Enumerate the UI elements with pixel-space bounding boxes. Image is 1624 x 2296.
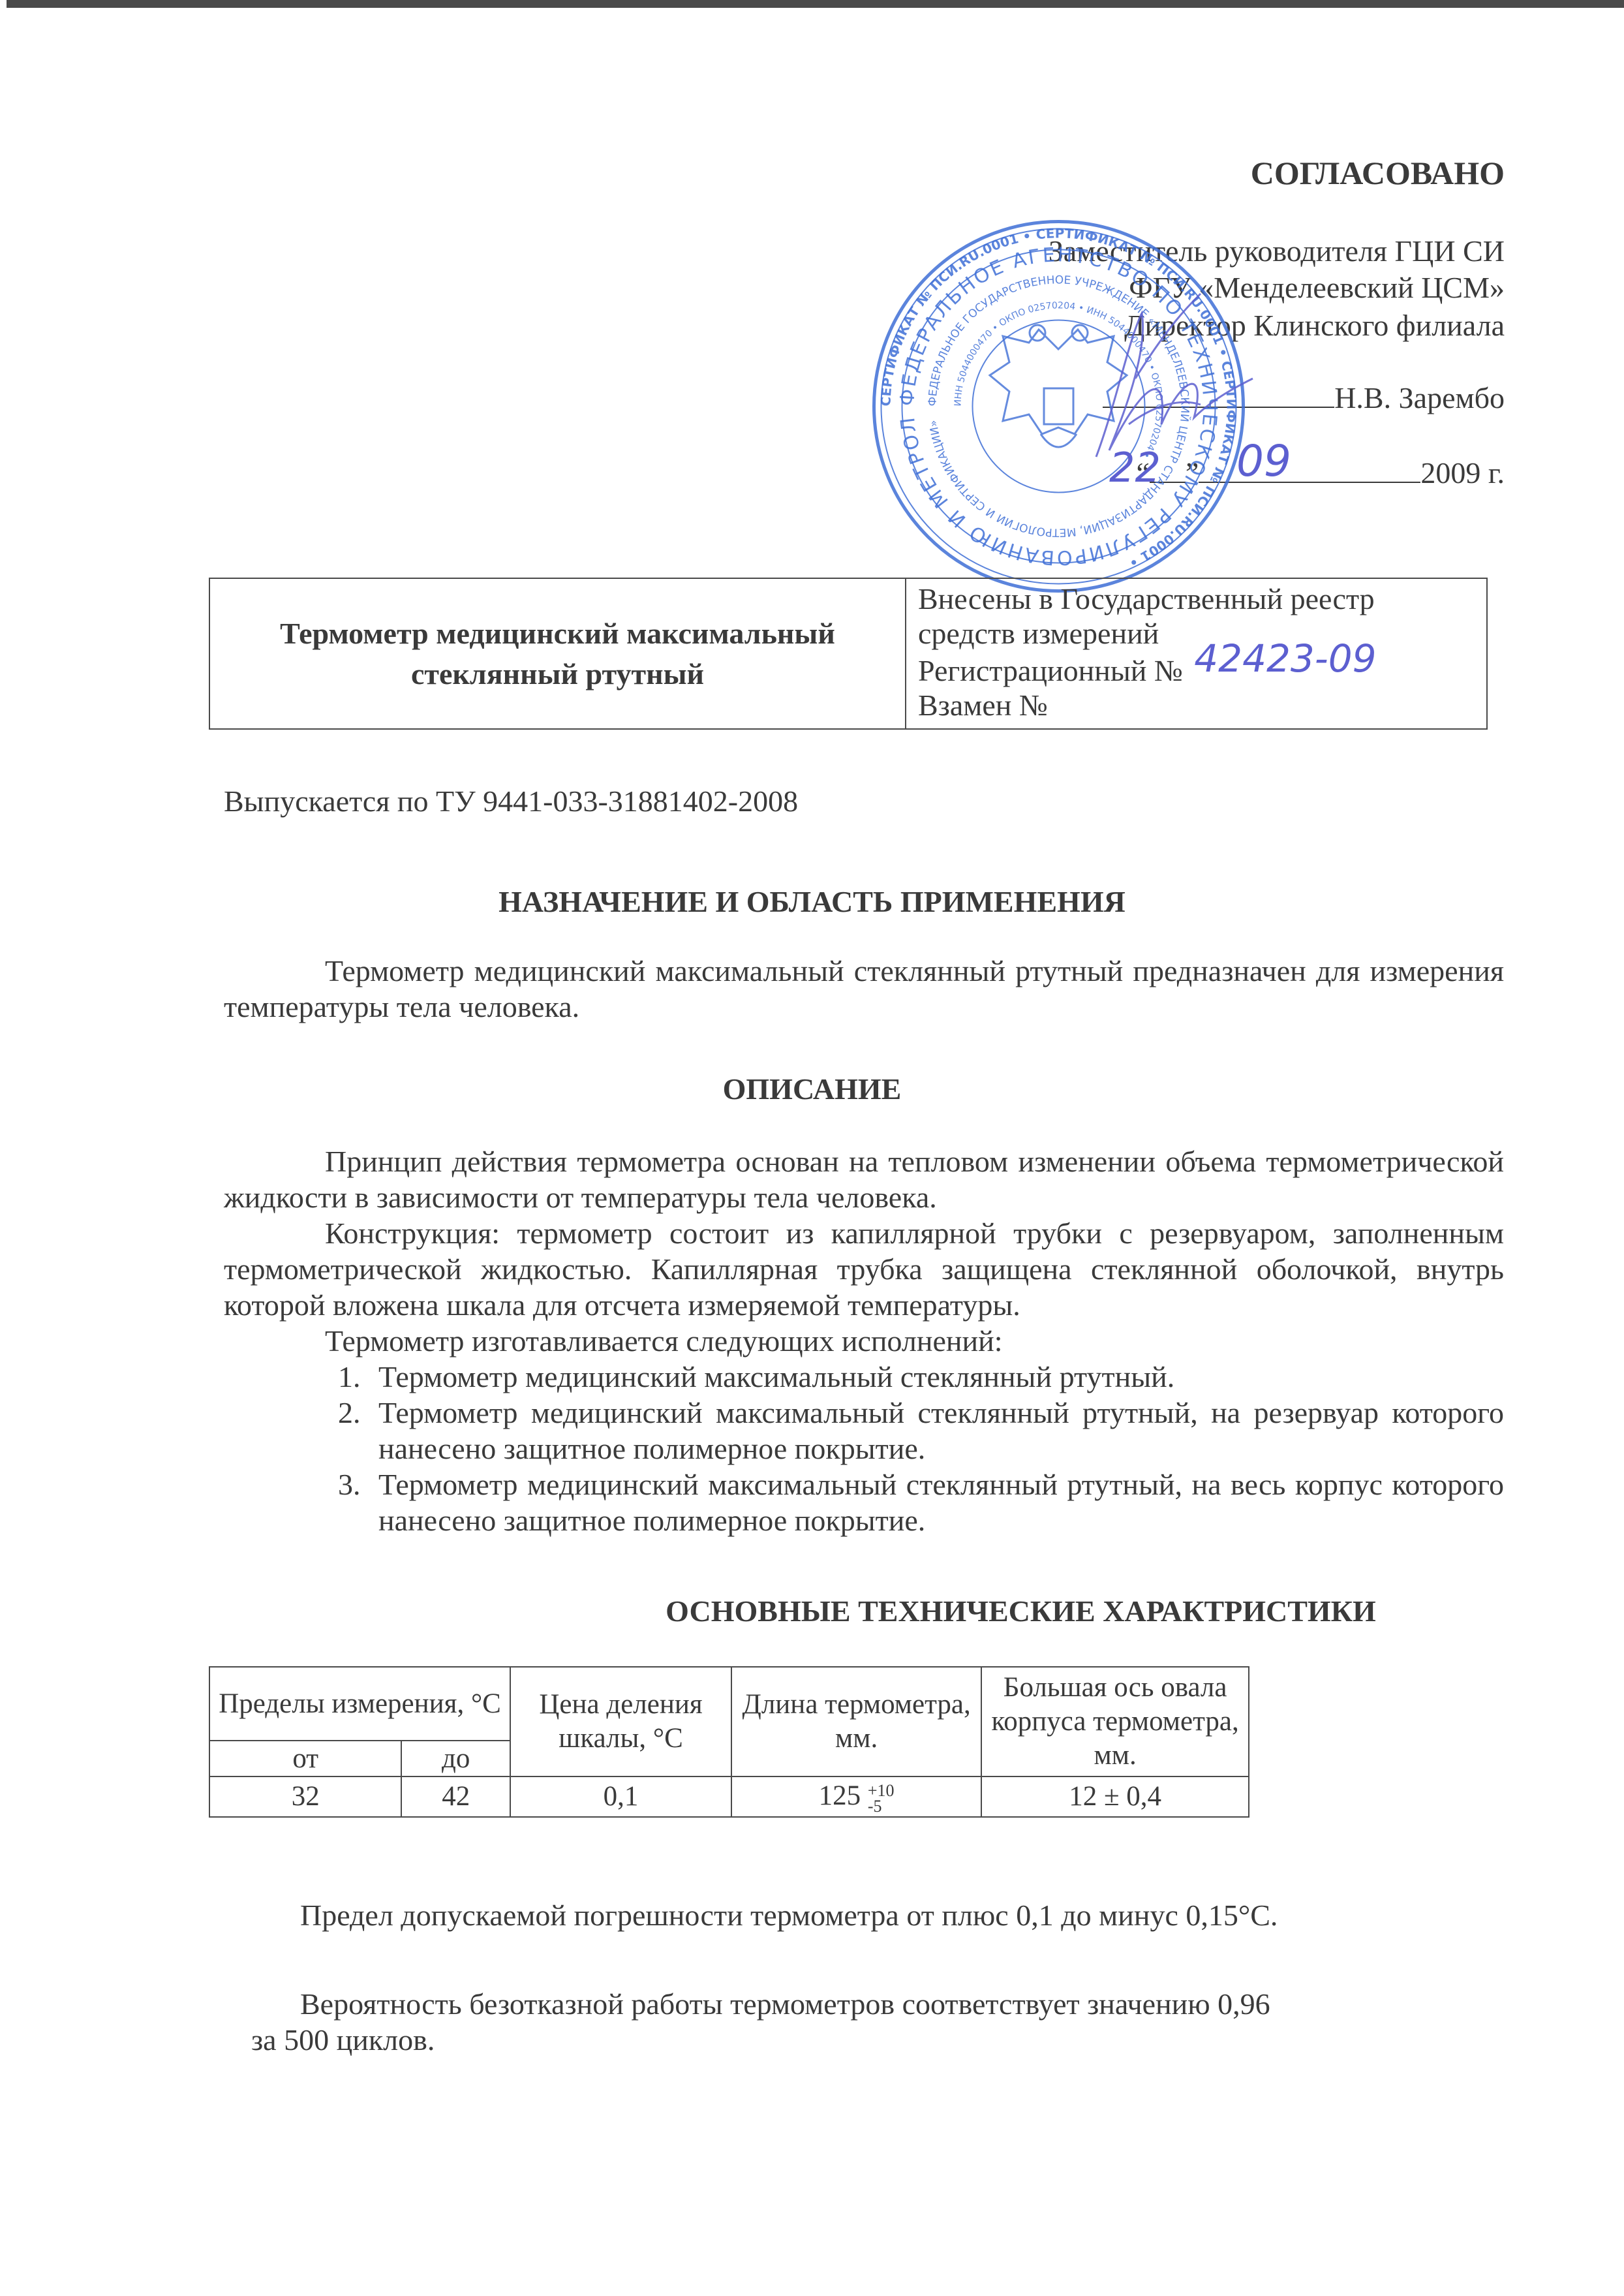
length-nominal: 125	[819, 1780, 861, 1811]
reliability-text-line-2: за 500 циклов.	[251, 2025, 435, 2055]
table-row: 32 42 0,1 125 +10 -5 12 ± 0,4	[209, 1776, 1249, 1817]
registry-line-1: Внесены в Государственный реестр	[918, 582, 1486, 616]
purpose-text: Термометр медицинский максимальный стекл…	[224, 953, 1504, 1025]
signatory-name: Н.В. Зарембо	[1334, 381, 1505, 414]
variant-list-item: 2. Термометр медицинский максимальный ст…	[378, 1395, 1504, 1466]
header-scale-division: Цена деления шкалы, °C	[510, 1667, 731, 1776]
length-tolerance: +10 -5	[868, 1783, 895, 1814]
value-scale-division: 0,1	[510, 1776, 731, 1817]
description-paragraph-variants-intro: Термометр изготавливается следующих испо…	[224, 1323, 1504, 1359]
registry-info-cell: Внесены в Государственный реестр средств…	[906, 579, 1486, 728]
length-tolerance-plus: +10	[868, 1783, 895, 1799]
replaces-number-line: Взамен №	[918, 688, 1486, 722]
registry-header-table: Термометр медицинский максимальный стекл…	[209, 578, 1488, 730]
variant-number: 1.	[338, 1359, 361, 1395]
description-paragraph-construction: Конструкция: термометр состоит из капилл…	[224, 1215, 1504, 1323]
registration-number-line: Регистрационный № 42423-09	[918, 651, 1486, 688]
length-tolerance-minus: -5	[868, 1799, 895, 1814]
handwritten-date-day: 22	[1109, 444, 1161, 491]
header-thermometer-length: Длина термометра, мм.	[731, 1667, 981, 1776]
specs-heading: ОСНОВНЫЕ ТЕХНИЧЕСКИЕ ХАРАКТРИСТИКИ	[209, 1594, 1624, 1628]
value-body-oval-axis: 12 ± 0,4	[981, 1776, 1249, 1817]
product-name: Термометр медицинский максимальный стекл…	[264, 613, 851, 694]
purpose-heading: НАЗНАЧЕНИЕ И ОБЛАСТЬ ПРИМЕНЕНИЯ	[0, 884, 1624, 919]
handwritten-date-month: 09	[1236, 436, 1291, 486]
date-year: 2009 г.	[1420, 456, 1505, 489]
error-limit-text: Предел допускаемой погрешности термометр…	[300, 1900, 1278, 1931]
header-body-oval-axis: Большая ось овала корпуса термометра, мм…	[981, 1667, 1249, 1776]
variant-list-item: 3. Термометр медицинский максимальный ст…	[378, 1466, 1504, 1538]
reliability-text-line-1: Вероятность безотказной работы термометр…	[300, 1989, 1270, 2019]
scan-edge-band	[7, 0, 1624, 8]
value-thermometer-length: 125 +10 -5	[731, 1776, 981, 1817]
description-paragraph-principle: Принцип действия термометра основан на т…	[224, 1143, 1504, 1215]
variant-list-item: 1. Термометр медицинский максимальный ст…	[378, 1359, 1504, 1395]
value-range-to: 42	[401, 1776, 510, 1817]
variant-number: 3.	[338, 1466, 361, 1502]
description-heading: ОПИСАНИЕ	[0, 1072, 1624, 1106]
specifications-table: Пределы измерения, °C Цена деления шкалы…	[209, 1666, 1249, 1818]
registration-number-handwritten: 42423-09	[1194, 636, 1376, 681]
header-range-to: до	[401, 1741, 510, 1776]
product-name-cell: Термометр медицинский максимальный стекл…	[210, 579, 906, 728]
technical-spec-reference: Выпускается по ТУ 9441-033-31881402-2008	[224, 786, 798, 816]
variant-number: 2.	[338, 1395, 361, 1431]
variant-text: Термометр медицинский максимальный стекл…	[378, 1396, 1504, 1465]
approval-title: СОГЛАСОВАНО	[1251, 154, 1505, 192]
variant-text: Термометр медицинский максимальный стекл…	[378, 1468, 1504, 1537]
header-measurement-range: Пределы измерения, °C	[209, 1667, 510, 1741]
header-range-from: от	[209, 1741, 401, 1776]
registration-number-label: Регистрационный №	[918, 654, 1183, 687]
value-range-from: 32	[209, 1776, 401, 1817]
variant-text: Термометр медицинский максимальный стекл…	[378, 1360, 1174, 1393]
